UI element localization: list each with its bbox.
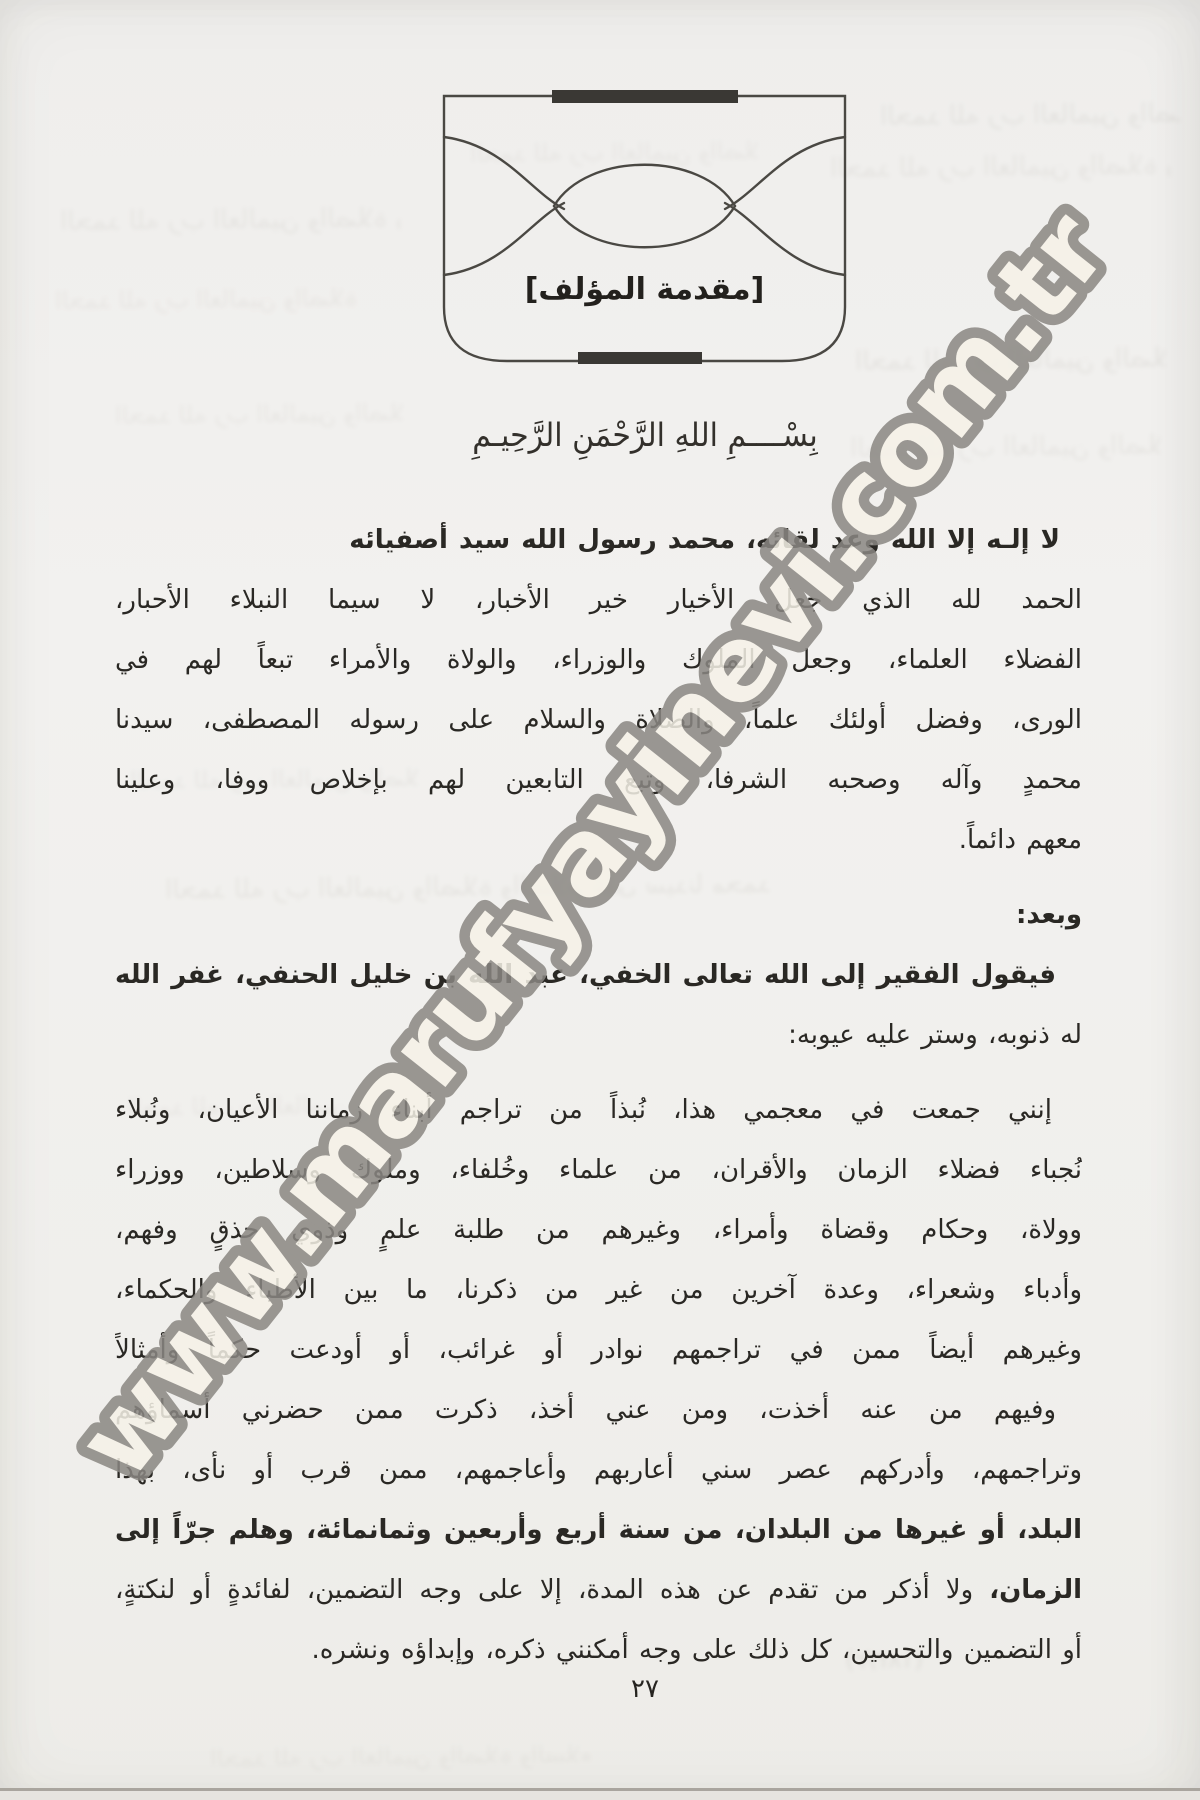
bleedthrough-line: الحمد لله رب العالمين والصلاة والسلام عل… [60,203,400,237]
body-text: لا إلـه إلا الله وعد لقائه، محمد رسول ال… [115,510,1082,1680]
text-segment: معهم دائماً. [959,825,1082,855]
bleedthrough-line: الحمد لله رب العالمين والصلاة والسلام عل… [210,1740,590,1772]
chapter-title: [مقدمة المؤلف] [442,272,847,307]
text-segment: إنني جمعت في معجمي هذا، نُبذاً من تراجم … [115,1095,1052,1125]
text-line: الورى، وفضل أولئك علماً، والصلاة والسلام… [115,690,1082,750]
text-segment: محمدٍ وآله وصحبه الشرفا، وتبع التابعين ل… [115,765,1082,795]
chapter-ornament: [مقدمة المؤلف] [442,89,847,367]
bleedthrough-line: الحمد لله رب العالمين والصلاة والسلام عل… [115,398,405,429]
text-segment: وغيرهم أيضاً ممن في تراجمهم نوادر أو غرا… [115,1335,1082,1365]
ornament-bars [552,90,738,364]
text-line: معهم دائماً. [115,810,1082,870]
text-segment: الحمد لله الذي جعل الأخيار خير الأخبار، … [115,585,1082,615]
page-number: ٢٧ [595,1674,695,1704]
text-line: البلد، أو غيرها من البلدان، من سنة أربع … [115,1500,1082,1560]
paragraph: الحمد لله الذي جعل الأخيار خير الأخبار، … [115,570,1082,870]
bleedthrough-line: الحمد لله رب العالمين والصلاة والسلام عل… [55,283,355,314]
text-line: فيقول الفقير إلى الله تعالى الخفي، عبد ا… [115,945,1082,1005]
paragraph: وبعد: [115,885,1082,945]
text-segment: فيقول الفقير إلى الله تعالى الخفي، عبد ا… [115,960,1056,990]
bleedthrough-line: الحمد لله رب العالمين والصلاة والسلام عل… [830,150,1170,184]
ornament-frame [442,89,847,367]
text-segment: وأدباء وشعراء، وعدة آخرين من غير من ذكرن… [115,1275,1082,1305]
text-segment: البلد، أو غيرها من البلدان، من سنة أربع … [115,1515,1082,1560]
text-line: وغيرهم أيضاً ممن في تراجمهم نوادر أو غرا… [115,1320,1082,1380]
text-line: أو التضمين والتحسين، كل ذلك على وجه أمكن… [115,1620,1082,1680]
book-page: الحمد لله رب العالمين والصلاة والسلام عل… [0,0,1200,1800]
text-segment: الورى، وفضل أولئك علماً، والصلاة والسلام… [115,705,1082,735]
text-line: وتراجمهم، وأدركهم عصر سني أعاربهم وأعاجم… [115,1440,1082,1500]
text-segment: نُجباء فضلاء الزمان والأقران، من علماء و… [115,1155,1082,1185]
text-segment: وبعد: [1016,900,1082,930]
bleedthrough-line: الحمد لله رب العالمين والصلاة والسلام عل… [880,98,1180,131]
text-segment: أو التضمين والتحسين، كل ذلك على وجه أمكن… [312,1635,1083,1665]
text-segment: الزمان، [989,1575,1082,1605]
text-line: نُجباء فضلاء الزمان والأقران، من علماء و… [115,1140,1082,1200]
text-line: لا إلـه إلا الله وعد لقائه، محمد رسول ال… [115,510,1082,570]
text-segment: وتراجمهم، وأدركهم عصر سني أعاربهم وأعاجم… [115,1455,1082,1485]
text-line: وأدباء وشعراء، وعدة آخرين من غير من ذكرن… [115,1260,1082,1320]
ornament-lines [444,96,845,361]
scan-bottom-edge [0,1788,1200,1800]
paragraph: فيقول الفقير إلى الله تعالى الخفي، عبد ا… [115,945,1082,1065]
paragraph: إنني جمعت في معجمي هذا، نُبذاً من تراجم … [115,1080,1082,1380]
text-line: وبعد: [115,885,1082,945]
text-line: الفضلاء العلماء، وجعل الملوك والوزراء، و… [115,630,1082,690]
text-line: محمدٍ وآله وصحبه الشرفا، وتبع التابعين ل… [115,750,1082,810]
text-segment: له ذنوبه، وستر عليه عيوبه: [788,1020,1082,1050]
text-line: وفيهم من عنه أخذت، ومن عني أخذ، ذكرت ممن… [115,1380,1082,1440]
text-line: له ذنوبه، وستر عليه عيوبه: [115,1005,1082,1065]
text-segment: الفضلاء العلماء، وجعل الملوك والوزراء، و… [115,645,1082,675]
text-segment: وولاة، وحكام وقضاة وأمراء، وغيرهم من طلب… [115,1215,1082,1245]
bleedthrough-line: الحمد لله رب العالمين والصلاة والسلام عل… [850,430,1160,463]
paragraph: لا إلـه إلا الله وعد لقائه، محمد رسول ال… [115,510,1082,570]
bleedthrough-line: الحمد لله رب العالمين والصلاة والسلام عل… [855,343,1165,376]
text-line: وولاة، وحكام وقضاة وأمراء، وغيرهم من طلب… [115,1200,1082,1260]
text-line: الزمان، ولا أذكر من تقدم عن هذه المدة، إ… [115,1560,1082,1620]
text-line: إنني جمعت في معجمي هذا، نُبذاً من تراجم … [115,1080,1082,1140]
text-line: الحمد لله الذي جعل الأخيار خير الأخبار، … [115,570,1082,630]
text-segment: ولا أذكر من تقدم عن هذه المدة، إلا على و… [115,1575,989,1605]
text-segment: لا إلـه إلا الله وعد لقائه، محمد رسول ال… [349,525,1060,555]
paragraph: وفيهم من عنه أخذت، ومن عني أخذ، ذكرت ممن… [115,1380,1082,1680]
text-segment: وفيهم من عنه أخذت، ومن عني أخذ، ذكرت ممن… [115,1395,1056,1425]
